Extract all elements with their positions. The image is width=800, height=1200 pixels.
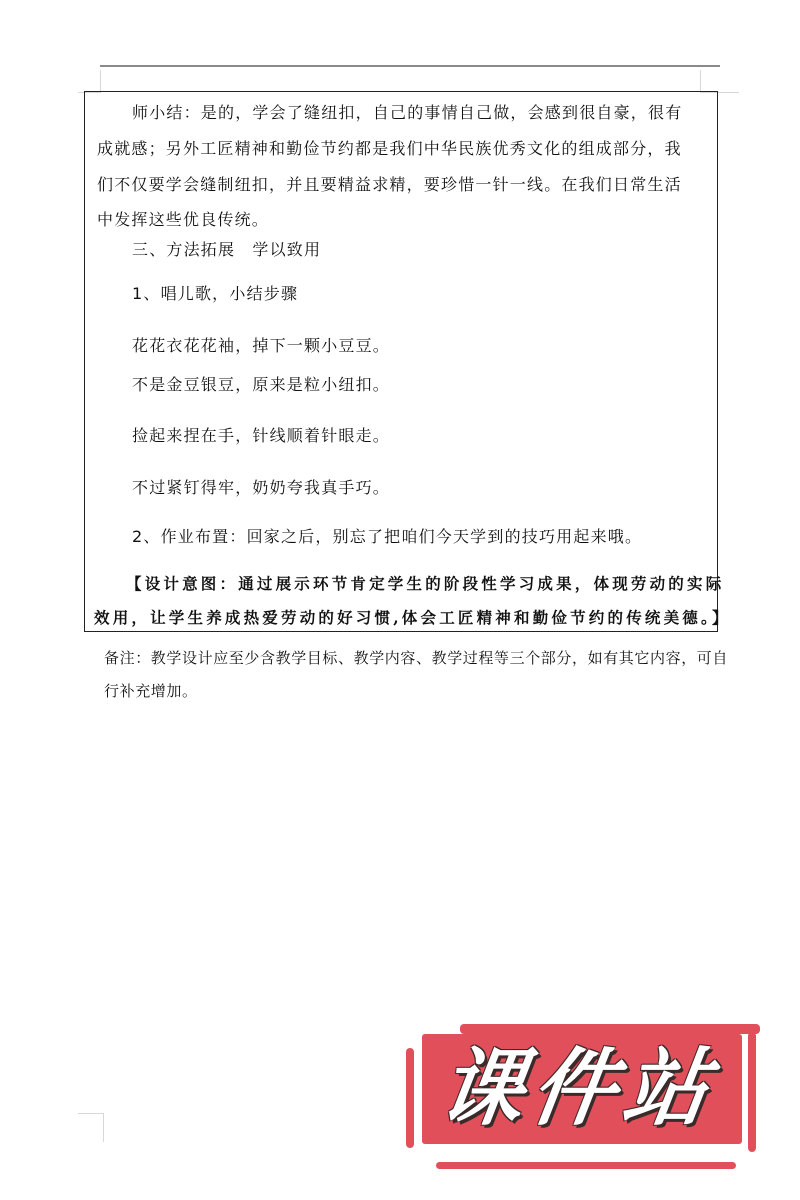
summary-line-4: 中发挥这些优良传统。 xyxy=(97,207,269,230)
page-corner-mark-top-left xyxy=(78,70,101,93)
summary-line-3: 们不仅要学会缝制纽扣，并且要精益求精，要珍惜一针一线。在我们日常生活 xyxy=(97,172,682,195)
song-line-3: 捡起来捏在手，针线顺着针眼走。 xyxy=(132,423,390,446)
page-header-rule xyxy=(100,65,720,67)
step2-homework: 2、作业布置：回家之后，别忘了把咱们今天学到的技巧用起来哦。 xyxy=(132,524,642,547)
watermark-stamp: 课件站 xyxy=(412,1012,752,1162)
stamp-frame-left xyxy=(406,1048,414,1148)
stamp-frame-right xyxy=(748,1032,756,1152)
page-corner-mark-top-right xyxy=(700,70,739,93)
summary-line-2: 成就感；另外工匠精神和勤俭节约都是我们中华民族优秀文化的组成部分，我 xyxy=(97,136,682,159)
footnote-line-1: 备注：教学设计应至少含教学目标、教学内容、教学过程等三个部分，如有其它内容，可自 xyxy=(104,647,728,668)
section-heading: 三、方法拓展 学以致用 xyxy=(132,237,321,260)
summary-line-1: 师小结：是的，学会了缝纽扣，自己的事情自己做，会感到很自豪，很有 xyxy=(132,100,682,123)
footnote-line-2: 行补充增加。 xyxy=(104,680,198,701)
song-line-2: 不是金豆银豆，原来是粒小纽扣。 xyxy=(132,372,390,395)
step1-heading: 1、唱儿歌，小结步骤 xyxy=(132,281,298,304)
page-corner-mark-bottom-left xyxy=(78,1113,104,1142)
song-line-4: 不过紧钉得牢，奶奶夸我真手巧。 xyxy=(132,475,390,498)
song-line-1: 花花衣花花袖，掉下一颗小豆豆。 xyxy=(132,333,390,356)
design-intent-line-1: 【设计意图：通过展示环节肯定学生的阶段性学习成果，体现劳动的实际 xyxy=(126,572,724,594)
stamp-frame-bottom xyxy=(436,1162,736,1169)
stamp-frame-top xyxy=(460,1024,760,1034)
watermark-text: 课件站 xyxy=(433,1038,723,1138)
design-intent-line-2: 效用，让学生养成热爱劳动的好习惯,体会工匠精神和勤俭节约的传统美德。】 xyxy=(94,606,731,628)
